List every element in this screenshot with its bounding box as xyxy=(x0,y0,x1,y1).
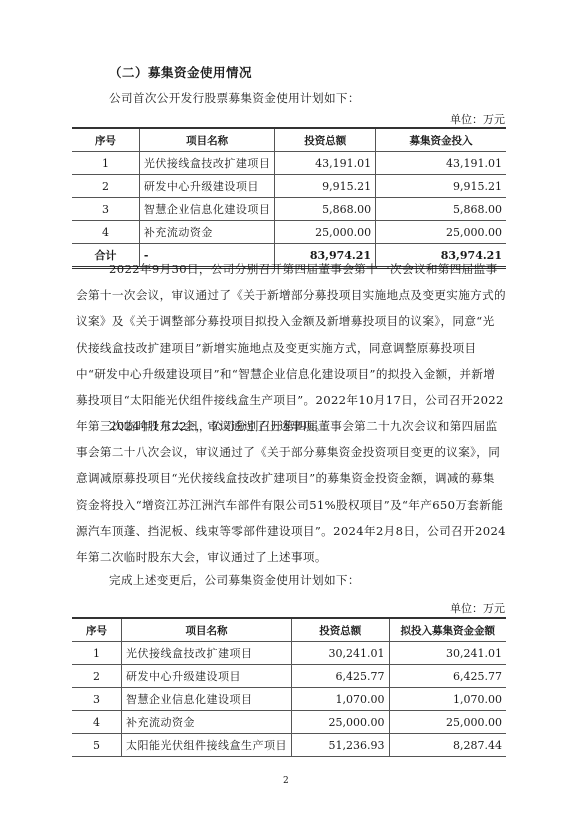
row-total: 51,236.93 xyxy=(291,734,389,757)
row-no: 4 xyxy=(72,711,121,734)
row-project-name: 研发中心升级建设项目 xyxy=(121,665,291,688)
revised-fund-plan-table: 序号 项目名称 投资总额 拟投入募集资金金额 1 光伏接线盒技改扩建项目 30,… xyxy=(72,617,506,757)
row-no: 2 xyxy=(72,665,121,688)
row-raised: 9,915.21 xyxy=(376,175,506,198)
table-row: 3 智慧企业信息化建设项目 5,868.00 5,868.00 xyxy=(72,198,506,221)
table-row: 3 智慧企业信息化建设项目 1,070.00 1,070.00 xyxy=(72,688,506,711)
row-project-name: 智慧企业信息化建设项目 xyxy=(121,688,291,711)
table-row: 1 光伏接线盒技改扩建项目 30,241.01 30,241.01 xyxy=(72,642,506,665)
table-row: 2 研发中心升级建设项目 9,915.21 9,915.21 xyxy=(72,175,506,198)
row-planned: 8,287.44 xyxy=(389,734,506,757)
header-total-investment: 投资总额 xyxy=(291,618,389,642)
row-planned: 25,000.00 xyxy=(389,711,506,734)
table-row: 1 光伏接线盒技改扩建项目 43,191.01 43,191.01 xyxy=(72,152,506,175)
row-no: 1 xyxy=(72,642,121,665)
row-planned: 1,070.00 xyxy=(389,688,506,711)
row-total: 5,868.00 xyxy=(275,198,376,221)
row-planned: 30,241.01 xyxy=(389,642,506,665)
table-row: 4 补充流动资金 25,000.00 25,000.00 xyxy=(72,221,506,244)
paragraph-2022-changes: 2022年9月30日，公司分别召开第四届董事会第十一次会议和第四届监事会第十一次… xyxy=(76,256,506,439)
header-planned-funds: 拟投入募集资金金额 xyxy=(389,618,506,642)
paragraph-2024-changes: 2024年1月22日，公司分别召开第四届董事会第二十九次会议和第四届监事会第二十… xyxy=(76,413,506,570)
header-no: 序号 xyxy=(72,128,139,152)
table-row: 5 太阳能光伏组件接线盒生产项目 51,236.93 8,287.44 xyxy=(72,734,506,757)
row-planned: 6,425.77 xyxy=(389,665,506,688)
row-project-name: 研发中心升级建设项目 xyxy=(139,175,275,198)
table-header-row: 序号 项目名称 投资总额 募集资金投入 xyxy=(72,128,506,152)
row-total: 25,000.00 xyxy=(291,711,389,734)
row-no: 2 xyxy=(72,175,139,198)
initial-fund-plan-table: 序号 项目名称 投资总额 募集资金投入 1 光伏接线盒技改扩建项目 43,191… xyxy=(72,127,506,269)
unit-label: 单位：万元 xyxy=(450,111,505,127)
unit-label: 单位：万元 xyxy=(450,600,505,616)
table-row: 4 补充流动资金 25,000.00 25,000.00 xyxy=(72,711,506,734)
row-total: 30,241.01 xyxy=(291,642,389,665)
section-heading: （二）募集资金使用情况 xyxy=(109,63,252,81)
table-row: 2 研发中心升级建设项目 6,425.77 6,425.77 xyxy=(72,665,506,688)
row-no: 3 xyxy=(72,198,139,221)
header-project-name: 项目名称 xyxy=(121,618,291,642)
header-no: 序号 xyxy=(72,618,121,642)
row-total: 25,000.00 xyxy=(275,221,376,244)
header-total-investment: 投资总额 xyxy=(275,128,376,152)
row-total: 1,070.00 xyxy=(291,688,389,711)
row-project-name: 太阳能光伏组件接线盒生产项目 xyxy=(121,734,291,757)
row-raised: 5,868.00 xyxy=(376,198,506,221)
intro-text: 公司首次公开发行股票募集资金使用计划如下： xyxy=(109,85,360,111)
header-project-name: 项目名称 xyxy=(139,128,275,152)
row-project-name: 智慧企业信息化建设项目 xyxy=(139,198,275,221)
row-project-name: 补充流动资金 xyxy=(121,711,291,734)
row-project-name: 光伏接线盒技改扩建项目 xyxy=(139,152,275,175)
row-raised: 43,191.01 xyxy=(376,152,506,175)
row-no: 1 xyxy=(72,152,139,175)
page-number: 2 xyxy=(283,776,289,786)
row-total: 9,915.21 xyxy=(275,175,376,198)
header-raised-funds: 募集资金投入 xyxy=(376,128,506,152)
row-project-name: 补充流动资金 xyxy=(139,221,275,244)
row-project-name: 光伏接线盒技改扩建项目 xyxy=(121,642,291,665)
row-total: 43,191.01 xyxy=(275,152,376,175)
row-no: 5 xyxy=(72,734,121,757)
row-raised: 25,000.00 xyxy=(376,221,506,244)
row-no: 4 xyxy=(72,221,139,244)
intro-text-after-changes: 完成上述变更后，公司募集资金使用计划如下： xyxy=(109,567,360,593)
table-header-row: 序号 项目名称 投资总额 拟投入募集资金金额 xyxy=(72,618,506,642)
row-total: 6,425.77 xyxy=(291,665,389,688)
row-no: 3 xyxy=(72,688,121,711)
